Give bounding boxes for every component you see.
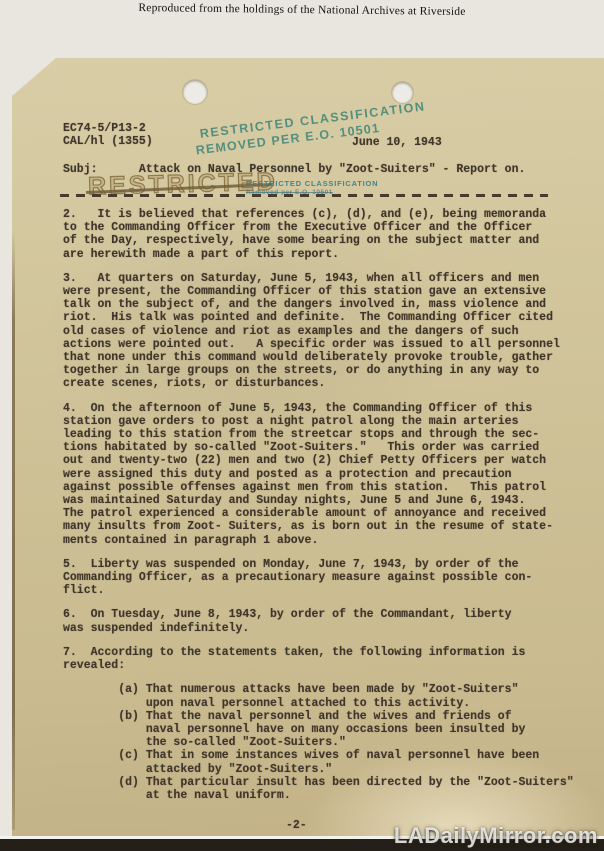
small-stamp-line1: RESTRICTED CLASSIFICATION bbox=[246, 179, 378, 188]
paragraph-7: 7. According to the statements taken, th… bbox=[63, 646, 574, 672]
archive-caption: Reproduced from the holdings of the Nati… bbox=[0, 0, 604, 19]
page-number: -2- bbox=[286, 819, 307, 832]
paper-edge-shadow bbox=[12, 230, 15, 830]
paragraph-5: 5. Liberty was suspended on Monday, June… bbox=[63, 558, 574, 598]
paragraph-4: 4. On the afternoon of June 5, 1943, the… bbox=[63, 402, 574, 547]
watermark: LADailyMirror.com bbox=[394, 823, 598, 849]
document-body: 2. It is believed that references (c), (… bbox=[63, 208, 574, 813]
paragraph-3: 3. At quarters on Saturday, June 5, 1943… bbox=[63, 272, 574, 391]
document-scan: Reproduced from the holdings of the Nati… bbox=[0, 0, 604, 851]
file-number-line2: CAL/hl (1355) bbox=[63, 135, 153, 148]
file-number-line1: EC74-5/P13-2 bbox=[63, 122, 146, 135]
paragraph-7-items: (a) That numerous attacks have been made… bbox=[63, 683, 574, 802]
punch-hole-left bbox=[183, 80, 207, 104]
file-reference-numbers: EC74-5/P13-2CAL/hl (1355) bbox=[63, 122, 153, 148]
dashed-separator bbox=[60, 194, 548, 197]
paragraph-6: 6. On Tuesday, June 8, 1943, by order of… bbox=[63, 608, 574, 634]
paragraph-2: 2. It is believed that references (c), (… bbox=[63, 208, 574, 261]
document-date: June 10, 1943 bbox=[352, 136, 442, 149]
punch-hole-right bbox=[392, 82, 413, 103]
